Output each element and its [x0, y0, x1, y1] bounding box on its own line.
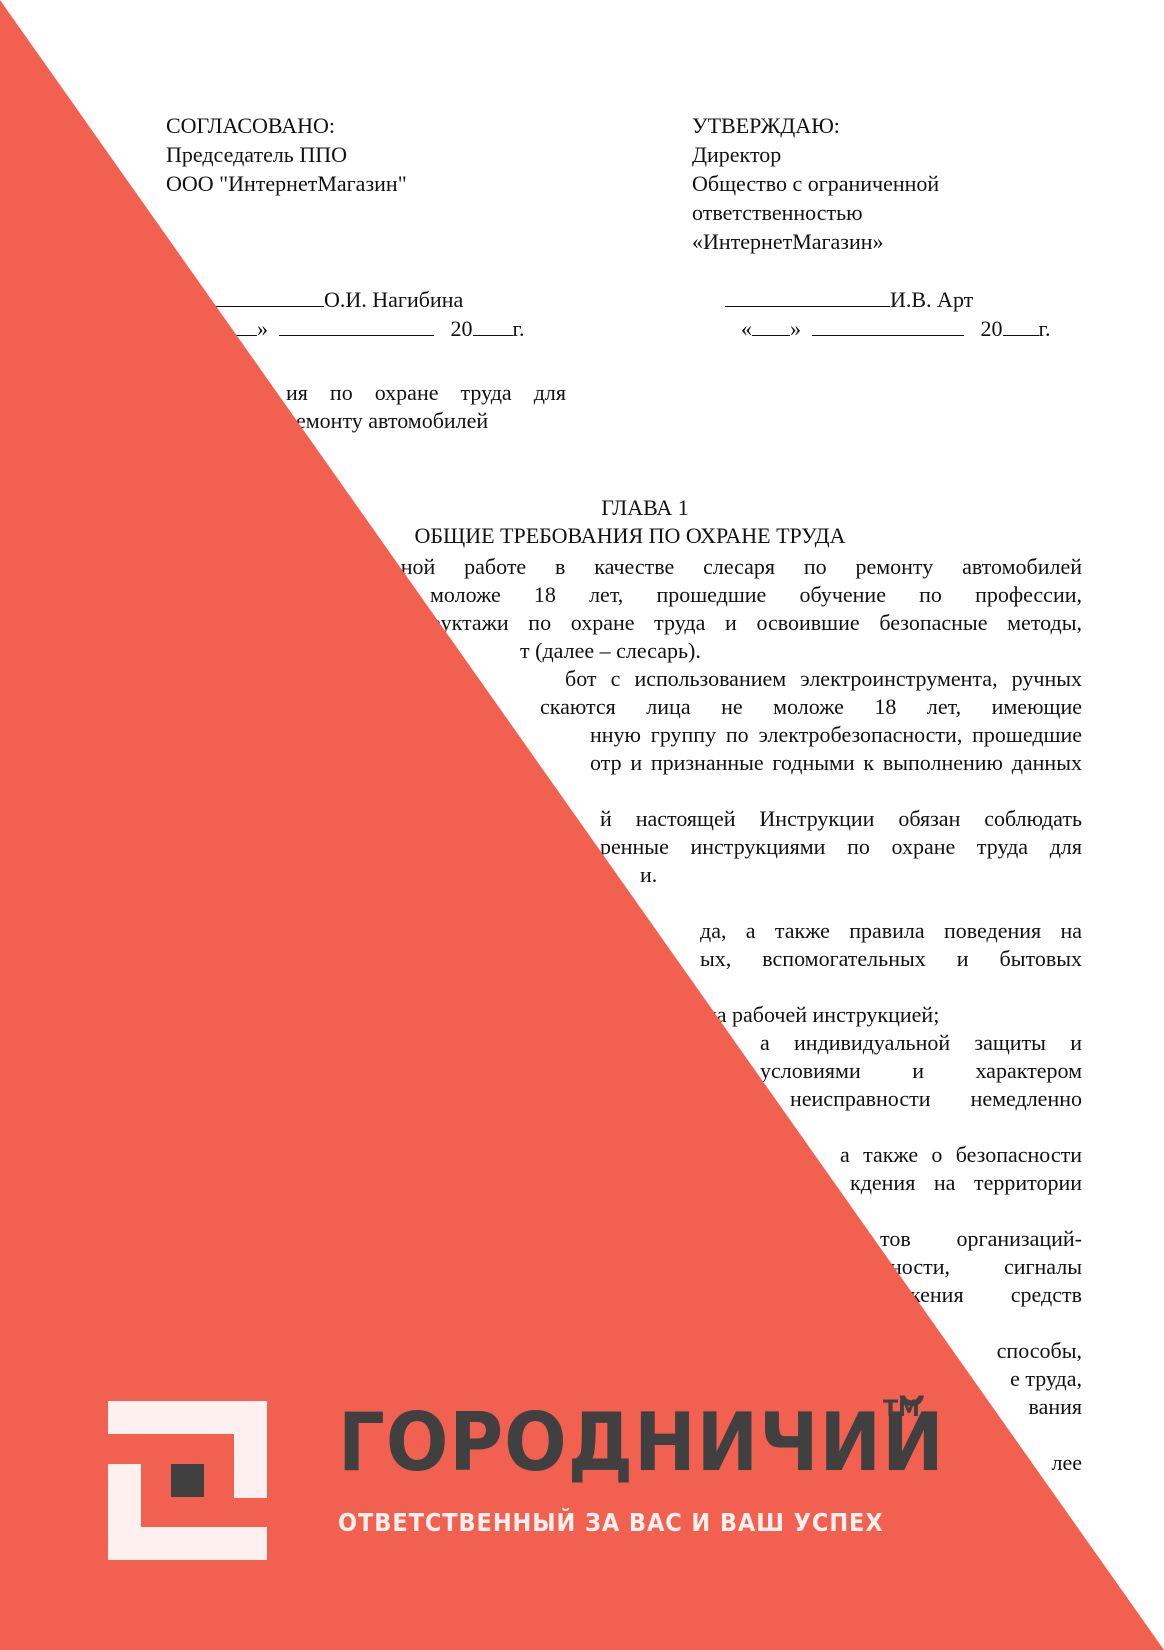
- brand-logo: ГОРОДНИЧИЙ TM ОТВЕТСТВЕННЫЙ ЗА ВАС И ВАШ…: [0, 0, 1164, 1650]
- trademark-symbol: TM: [883, 1397, 920, 1422]
- brand-name: ГОРОДНИЧИЙ: [338, 1398, 945, 1488]
- brand-tagline: ОТВЕТСТВЕННЫЙ ЗА ВАС И ВАШ УСПЕХ: [338, 1508, 884, 1538]
